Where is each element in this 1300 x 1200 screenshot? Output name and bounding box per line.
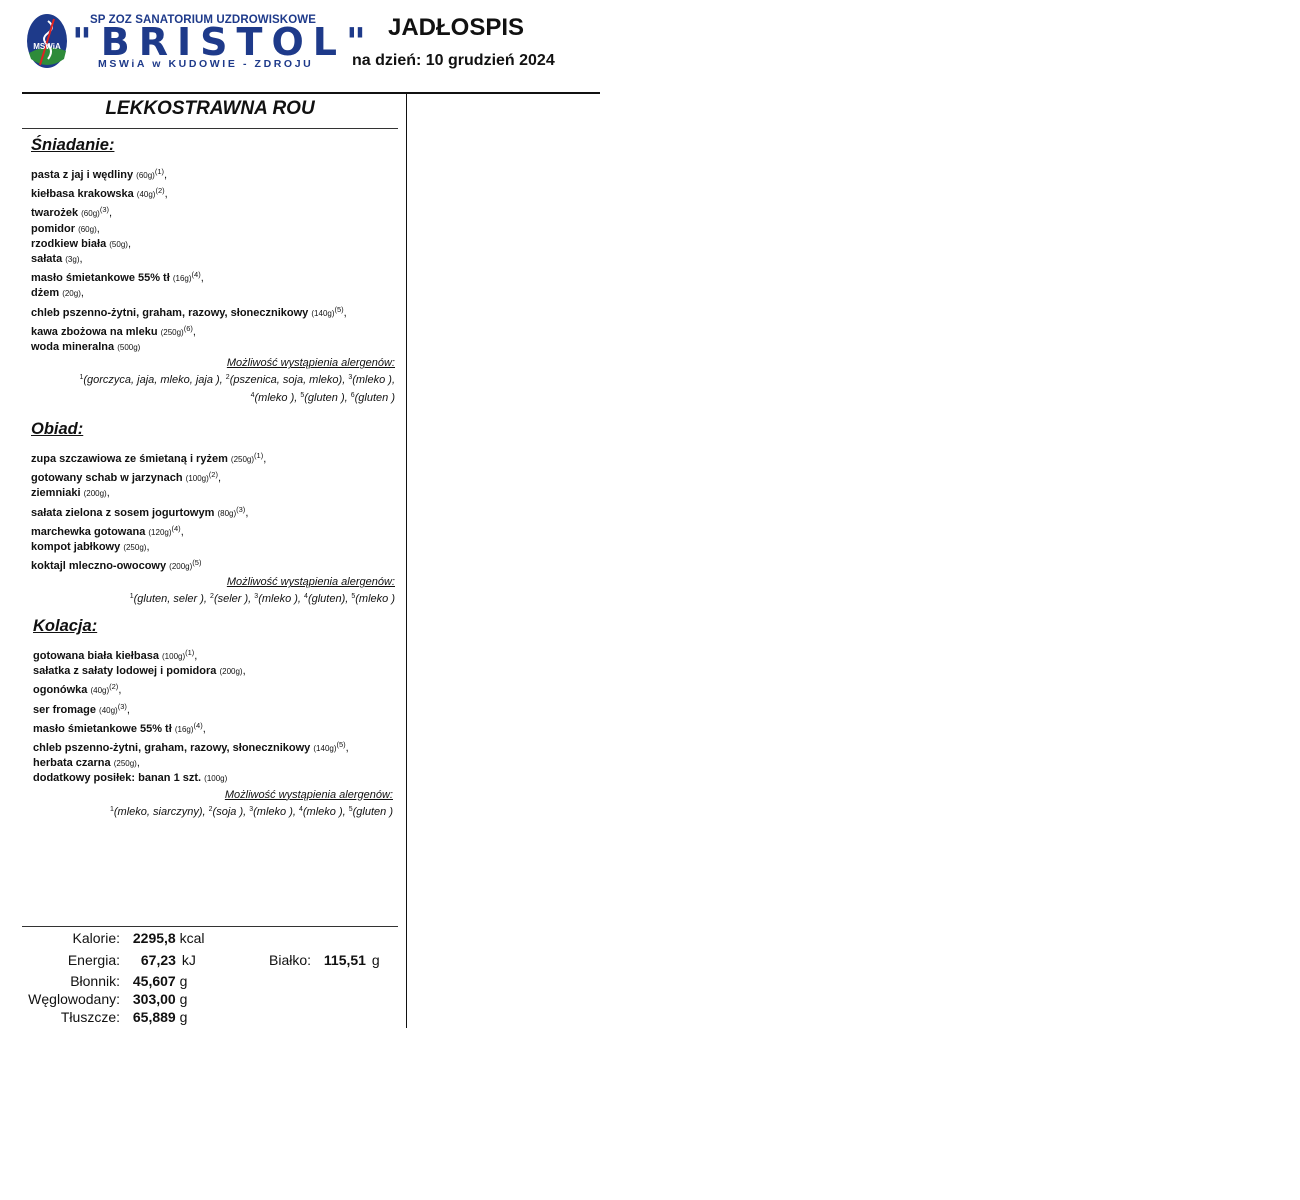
menu-item: dodatkowy posiłek: banan 1 szt. (100g) <box>33 771 393 786</box>
menu-item-name: chleb pszenno-żytni, graham, razowy, sło… <box>31 307 308 319</box>
allergen-text: (mleko ), <box>303 806 349 818</box>
menu-item-name: koktajl mleczno-owocowy <box>31 560 166 572</box>
menu-item-portion: (500g) <box>117 343 140 352</box>
menu-item-name: ogonówka <box>33 684 87 696</box>
org-name-bristol: "BRISTOL" <box>72 22 375 62</box>
svg-text:MSWiA: MSWiA <box>33 42 61 51</box>
menu-item-name: gotowany schab w jarzynach <box>31 472 183 484</box>
separator: , <box>128 238 131 250</box>
menu-item-name: kawa zbożowa na mleku <box>31 326 161 338</box>
separator: , <box>81 287 84 299</box>
menu-item-name: herbata czarna <box>33 757 111 769</box>
allergen-list: 4(mleko ), 5(gluten ), 6(gluten ) <box>31 388 395 406</box>
allergen-ref: (4) <box>172 524 181 533</box>
separator: , <box>165 188 168 200</box>
allergen-text: (gorczyca, jaja, mleko, jaja ), <box>83 374 225 386</box>
allergen-text: (mleko ), <box>255 392 301 404</box>
nutrition-value: 2295,8 <box>133 930 176 946</box>
allergen-text: (mleko ), <box>253 806 299 818</box>
menu-item-portion: (50g) <box>109 240 128 249</box>
nutrition-unit: g <box>180 973 188 989</box>
separator: , <box>137 757 140 769</box>
menu-item-portion: (60g) <box>136 171 155 180</box>
menu-item-portion: (100g) <box>162 652 185 661</box>
menu-item: kiełbasa krakowska (40g)(2), <box>31 183 395 202</box>
meal-lunch: Obiad:zupa szczawiowa ze śmietaną i ryże… <box>31 420 395 607</box>
nutrition-value: 303,00 <box>133 991 176 1007</box>
diet-divider <box>22 128 398 129</box>
menu-item: gotowana biała kiełbasa (100g)(1), <box>33 645 393 664</box>
allergen-list: 1(gorczyca, jaja, mleko, jaja ), 2(pszen… <box>31 370 395 388</box>
menu-item: chleb pszenno-żytni, graham, razowy, sło… <box>31 302 395 321</box>
nutrition-weglowodany: Węglowodany: 303,00 g <box>22 991 187 1007</box>
allergen-text: (pszenica, soja, mleko), <box>230 374 349 386</box>
meal-title: Obiad: <box>31 420 395 439</box>
nutrition-unit: g <box>180 991 188 1007</box>
allergen-ref: (1) <box>185 648 194 657</box>
separator: , <box>109 207 112 219</box>
nutrition-divider <box>22 926 398 927</box>
menu-item-name: chleb pszenno-żytni, graham, razowy, sło… <box>33 742 310 754</box>
menu-item-portion: (250g) <box>123 543 146 552</box>
allergen-text: (gluten), <box>308 593 351 605</box>
menu-item-portion: (200g) <box>219 667 242 676</box>
allergen-ref: (5) <box>337 740 346 749</box>
menu-item: gotowany schab w jarzynach (100g)(2), <box>31 467 395 486</box>
menu-item-name: ziemniaki <box>31 487 84 499</box>
menu-item: masło śmietankowe 55% tł (16g)(4), <box>31 267 395 286</box>
menu-item-name: sałatka z sałaty lodowej i pomidora <box>33 665 216 677</box>
allergen-ref: (2) <box>209 470 218 479</box>
menu-item-portion: (250g) <box>231 455 254 464</box>
menu-item: herbata czarna (250g), <box>33 756 393 771</box>
separator: , <box>203 723 206 735</box>
separator: , <box>164 169 167 181</box>
allergen-title: Możliwość wystąpienia alergenów: <box>31 356 395 370</box>
menu-item-name: dżem <box>31 287 62 299</box>
separator: , <box>243 665 246 677</box>
menu-item: dżem (20g), <box>31 286 395 301</box>
separator: , <box>346 742 349 754</box>
allergen-ref: (3) <box>118 702 127 711</box>
separator: , <box>97 223 100 235</box>
nutrition-label: Błonnik: <box>22 973 120 989</box>
menu-item-name: ser fromage <box>33 704 99 716</box>
separator: , <box>80 253 83 265</box>
allergen-text: (gluten ), <box>304 392 350 404</box>
nutrition-label: Węglowodany: <box>22 991 120 1007</box>
allergen-ref: (2) <box>109 682 118 691</box>
page-title: JADŁOSPIS <box>388 14 524 42</box>
menu-item: sałata (3g), <box>31 252 395 267</box>
menu-item-name: masło śmietankowe 55% tł <box>31 272 170 284</box>
separator: , <box>146 541 149 553</box>
allergen-title: Możliwość wystąpienia alergenów: <box>31 575 395 589</box>
nutrition-bialko: Białko: 115,51 g <box>269 952 380 968</box>
menu-item-name: sałata <box>31 253 62 265</box>
nutrition-energia: Energia: 67,23 kJ <box>22 952 196 968</box>
menu-item: pasta z jaj i wędliny (60g)(1), <box>31 164 395 183</box>
menu-item-portion: (16g) <box>175 725 194 734</box>
menu-item-portion: (3g) <box>65 255 79 264</box>
menu-item-portion: (40g) <box>99 706 118 715</box>
separator: , <box>181 526 184 538</box>
menu-item-name: rzodkiew biała <box>31 238 106 250</box>
menu-item-name: twarożek <box>31 207 78 219</box>
separator: , <box>118 684 121 696</box>
menu-item: sałatka z sałaty lodowej i pomidora (200… <box>33 664 393 679</box>
allergen-ref: (4) <box>194 721 203 730</box>
menu-item-portion: (200g) <box>169 562 192 571</box>
menu-item-portion: (200g) <box>84 489 107 498</box>
allergen-ref: (3) <box>100 205 109 214</box>
nutrition-unit: g <box>372 952 380 968</box>
menu-item-name: kompot jabłkowy <box>31 541 120 553</box>
separator: , <box>127 704 130 716</box>
menu-item-portion: (100g) <box>204 774 227 783</box>
nutrition-kalorie: Kalorie: 2295,8 kcal <box>22 930 205 946</box>
menu-item: ziemniaki (200g), <box>31 486 395 501</box>
separator: , <box>201 272 204 284</box>
separator: , <box>218 472 221 484</box>
menu-item-portion: (60g) <box>78 225 97 234</box>
allergen-text: (mleko ), <box>258 593 304 605</box>
menu-item: kompot jabłkowy (250g), <box>31 540 395 555</box>
menu-item: rzodkiew biała (50g), <box>31 237 395 252</box>
separator: , <box>245 507 248 519</box>
menu-item-name: gotowana biała kiełbasa <box>33 650 159 662</box>
nutrition-label: Białko: <box>269 952 311 968</box>
menu-item-portion: (40g) <box>90 686 109 695</box>
menu-item-portion: (16g) <box>173 274 192 283</box>
meal-title: Kolacja: <box>33 617 393 636</box>
nutrition-value: 67,23 <box>141 952 176 968</box>
separator: , <box>193 326 196 338</box>
menu-item: twarożek (60g)(3), <box>31 202 395 221</box>
menu-item-portion: (250g) <box>161 328 184 337</box>
menu-item-name: masło śmietankowe 55% tł <box>33 723 172 735</box>
column-divider <box>406 93 407 1028</box>
menu-item: kawa zbożowa na mleku (250g)(6), <box>31 321 395 340</box>
menu-item-name: pomidor <box>31 223 75 235</box>
allergen-ref: (1) <box>155 167 164 176</box>
allergen-text: (mleko, siarczyny), <box>114 806 209 818</box>
nutrition-label: Kalorie: <box>22 930 120 946</box>
org-name-bottom: MSWiA w KUDOWIE - ZDROJU <box>98 58 313 70</box>
menu-item: masło śmietankowe 55% tł (16g)(4), <box>33 718 393 737</box>
menu-item: ser fromage (40g)(3), <box>33 699 393 718</box>
menu-item-portion: (60g) <box>81 209 100 218</box>
menu-date: na dzień: 10 grudzień 2024 <box>352 52 555 70</box>
allergen-ref: (1) <box>254 451 263 460</box>
header-divider <box>22 92 600 94</box>
nutrition-value: 115,51 <box>324 952 366 968</box>
menu-item-portion: (20g) <box>62 289 81 298</box>
allergen-text: (seler ), <box>214 593 254 605</box>
nutrition-unit: kcal <box>180 930 205 946</box>
menu-item: marchewka gotowana (120g)(4), <box>31 521 395 540</box>
menu-item-portion: (250g) <box>114 759 137 768</box>
menu-item: koktajl mleczno-owocowy (200g)(5) <box>31 555 395 574</box>
menu-item-name: pasta z jaj i wędliny <box>31 169 133 181</box>
menu-item-portion: (140g) <box>313 744 336 753</box>
allergen-text: (gluten, seler ), <box>134 593 210 605</box>
allergen-ref: (2) <box>155 186 164 195</box>
allergen-ref: (4) <box>192 270 201 279</box>
menu-item-portion: (80g) <box>217 509 236 518</box>
menu-item-portion: (100g) <box>186 474 209 483</box>
menu-item-portion: (140g) <box>311 309 334 318</box>
menu-item-name: woda mineralna <box>31 341 114 353</box>
nutrition-value: 45,607 <box>133 973 176 989</box>
menu-item-name: dodatkowy posiłek: banan 1 szt. <box>33 772 201 784</box>
allergen-ref: (6) <box>184 324 193 333</box>
menu-item-name: sałata zielona z sosem jogurtowym <box>31 507 214 519</box>
menu-item-portion: (40g) <box>137 190 156 199</box>
separator: , <box>263 453 266 465</box>
menu-item: pomidor (60g), <box>31 222 395 237</box>
allergen-ref: (5) <box>192 558 201 567</box>
separator: , <box>194 650 197 662</box>
nutrition-label: Energia: <box>22 952 120 968</box>
allergen-list: 1(gluten, seler ), 2(seler ), 3(mleko ),… <box>31 589 395 607</box>
allergen-text: (gluten ) <box>353 806 393 818</box>
allergen-ref: (3) <box>236 505 245 514</box>
nutrition-tluszcze: Tłuszcze: 65,889 g <box>22 1009 187 1025</box>
separator: , <box>344 307 347 319</box>
menu-item: sałata zielona z sosem jogurtowym (80g)(… <box>31 502 395 521</box>
menu-item: zupa szczawiowa ze śmietaną i ryżem (250… <box>31 448 395 467</box>
menu-item-name: marchewka gotowana <box>31 526 145 538</box>
allergen-ref: (5) <box>335 305 344 314</box>
separator: , <box>107 487 110 499</box>
menu-item: woda mineralna (500g) <box>31 340 395 355</box>
nutrition-blonnik: Błonnik: 45,607 g <box>22 973 187 989</box>
menu-item: ogonówka (40g)(2), <box>33 679 393 698</box>
meal-dinner: Kolacja:gotowana biała kiełbasa (100g)(1… <box>33 617 393 820</box>
nutrition-value: 65,889 <box>133 1009 176 1025</box>
nutrition-unit: g <box>180 1009 188 1025</box>
meal-breakfast: Śniadanie:pasta z jaj i wędliny (60g)(1)… <box>31 136 395 406</box>
menu-item-name: kiełbasa krakowska <box>31 188 137 200</box>
logo-emblem: MSWiA <box>26 13 68 69</box>
allergen-list: 1(mleko, siarczyny), 2(soja ), 3(mleko )… <box>33 802 393 820</box>
nutrition-label: Tłuszcze: <box>22 1009 120 1025</box>
allergen-text: (soja ), <box>213 806 250 818</box>
nutrition-unit: kJ <box>182 952 196 968</box>
allergen-text: (mleko ) <box>355 593 395 605</box>
diet-name: LEKKOSTRAWNA ROU <box>22 98 398 120</box>
allergen-text: (gluten ) <box>355 392 395 404</box>
menu-item: chleb pszenno-żytni, graham, razowy, sło… <box>33 737 393 756</box>
allergen-title: Możliwość wystąpienia alergenów: <box>33 788 393 802</box>
meal-title: Śniadanie: <box>31 136 395 155</box>
allergen-text: (mleko ), <box>352 374 395 386</box>
menu-item-name: zupa szczawiowa ze śmietaną i ryżem <box>31 453 228 465</box>
menu-item-portion: (120g) <box>148 528 171 537</box>
